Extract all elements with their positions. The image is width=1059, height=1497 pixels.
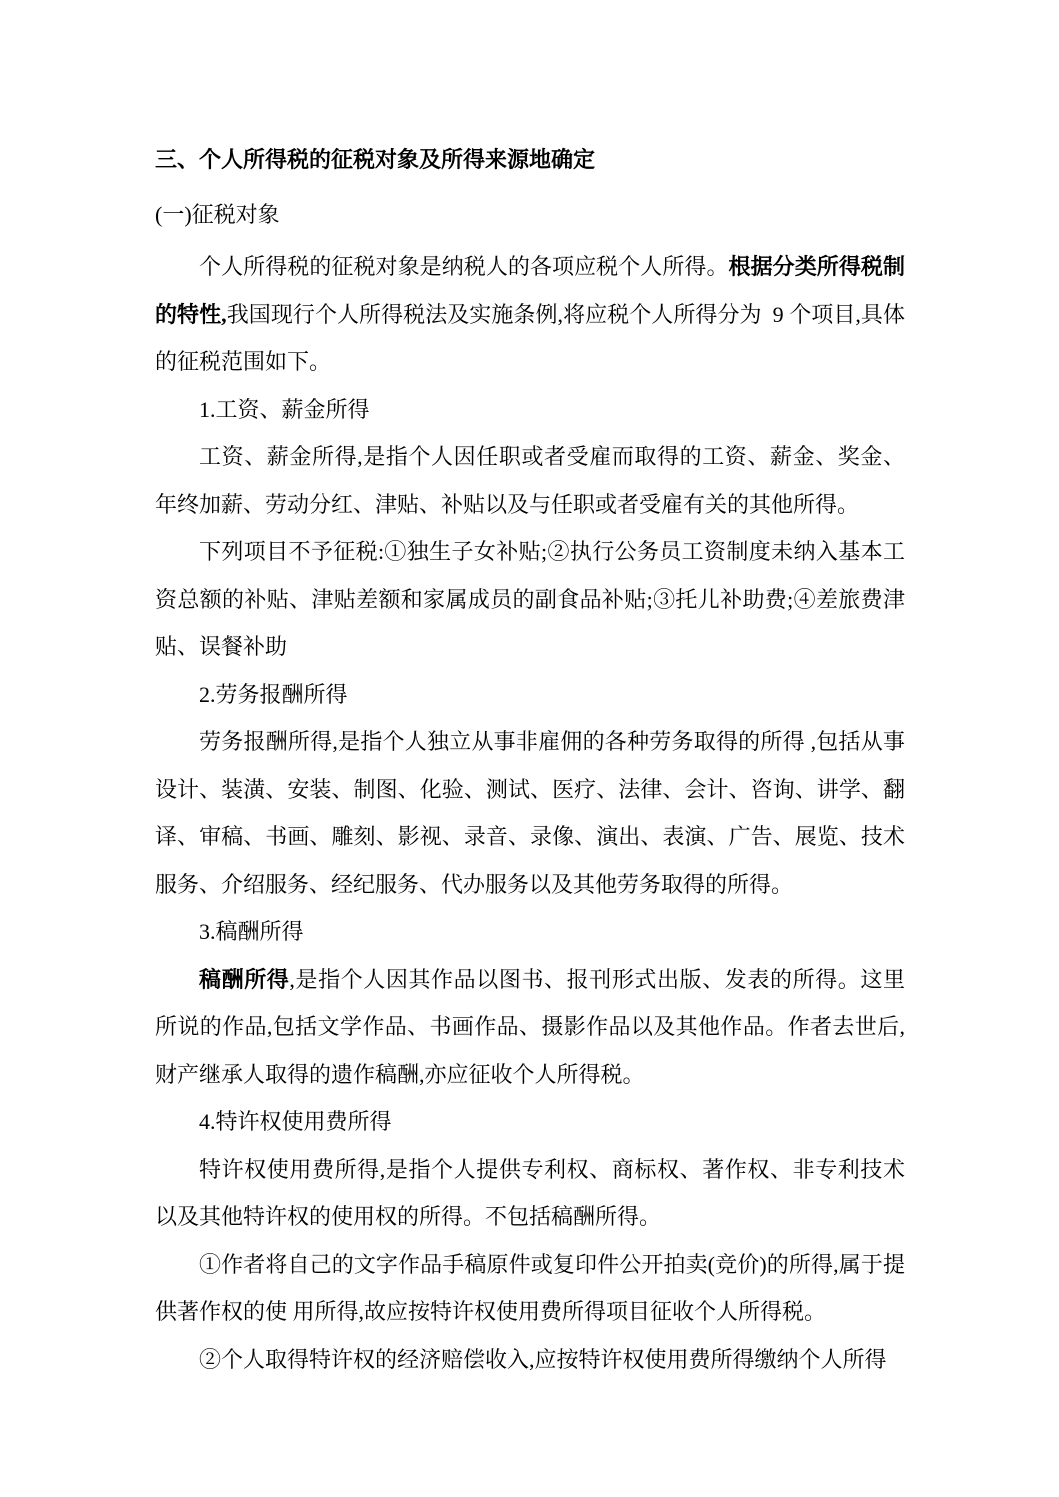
- heading-item-3: 3.稿酬所得: [155, 908, 905, 956]
- paragraph-royalty-note-1: ①作者将自己的文字作品手稿原件或复印件公开拍卖(竞价)的所得,属于提供著作权的使…: [155, 1241, 905, 1336]
- text-run: 特许权使用费所得,是指个人提供专利权、商标权、著作权、非专利技术以及其他特许权的…: [155, 1157, 905, 1230]
- paragraph-intro: 个人所得税的征税对象是纳税人的各项应税个人所得。根据分类所得税制的特性,我国现行…: [155, 243, 905, 386]
- text-run: ②个人取得特许权的经济赔偿收入,应按特许权使用费所得缴纳个人所得: [199, 1347, 887, 1372]
- paragraph-author-remuneration-definition: 稿酬所得,是指个人因其作品以图书、报刊形式出版、发表的所得。这里所说的作品,包括…: [155, 956, 905, 1099]
- text-run: 1.工资、薪金所得: [199, 397, 370, 422]
- paragraph-royalty-definition: 特许权使用费所得,是指个人提供专利权、商标权、著作权、非专利技术以及其他特许权的…: [155, 1146, 905, 1241]
- paragraph-labor-remuneration-definition: 劳务报酬所得,是指个人独立从事非雇佣的各种劳务取得的所得 ,包括从事设计、装潢、…: [155, 718, 905, 908]
- paragraph-wages-definition: 工资、薪金所得,是指个人因任职或者受雇而取得的工资、薪金、奖金、年终加薪、劳动分…: [155, 433, 905, 528]
- text-run: 下列项目不予征税:①独生子女补贴;②执行公务员工资制度未纳入基本工资总额的补贴、…: [155, 539, 905, 659]
- text-run: 工资、薪金所得,是指个人因任职或者受雇而取得的工资、薪金、奖金、年终加薪、劳动分…: [155, 444, 905, 517]
- text-run: 2.劳务报酬所得: [199, 682, 348, 707]
- heading-item-1: 1.工资、薪金所得: [155, 386, 905, 434]
- text-run: 个人所得税的征税对象是纳税人的各项应税个人所得。: [199, 254, 729, 279]
- document-body: 个人所得税的征税对象是纳税人的各项应税个人所得。根据分类所得税制的特性,我国现行…: [155, 243, 905, 1383]
- heading-item-2: 2.劳务报酬所得: [155, 671, 905, 719]
- bold-text-run: 稿酬所得: [199, 967, 289, 992]
- section-label: (一)征税对象: [155, 191, 905, 239]
- heading-item-4: 4.特许权使用费所得: [155, 1098, 905, 1146]
- text-run: 4.特许权使用费所得: [199, 1109, 392, 1134]
- text-run: ①作者将自己的文字作品手稿原件或复印件公开拍卖(竞价)的所得,属于提供著作权的使…: [155, 1252, 905, 1325]
- document-title: 三、个人所得税的征税对象及所得来源地确定: [155, 136, 905, 184]
- text-run: 我国现行个人所得税法及实施条例,将应税个人所得分为 9 个项目,具体的征税范围如…: [155, 302, 905, 375]
- document-page: 三、个人所得税的征税对象及所得来源地确定 (一)征税对象 个人所得税的征税对象是…: [0, 0, 1059, 1497]
- paragraph-royalty-note-2: ②个人取得特许权的经济赔偿收入,应按特许权使用费所得缴纳个人所得: [155, 1336, 905, 1384]
- text-run: 劳务报酬所得,是指个人独立从事非雇佣的各种劳务取得的所得 ,包括从事设计、装潢、…: [155, 729, 905, 897]
- text-run: 3.稿酬所得: [199, 919, 304, 944]
- paragraph-non-taxable-items: 下列项目不予征税:①独生子女补贴;②执行公务员工资制度未纳入基本工资总额的补贴、…: [155, 528, 905, 671]
